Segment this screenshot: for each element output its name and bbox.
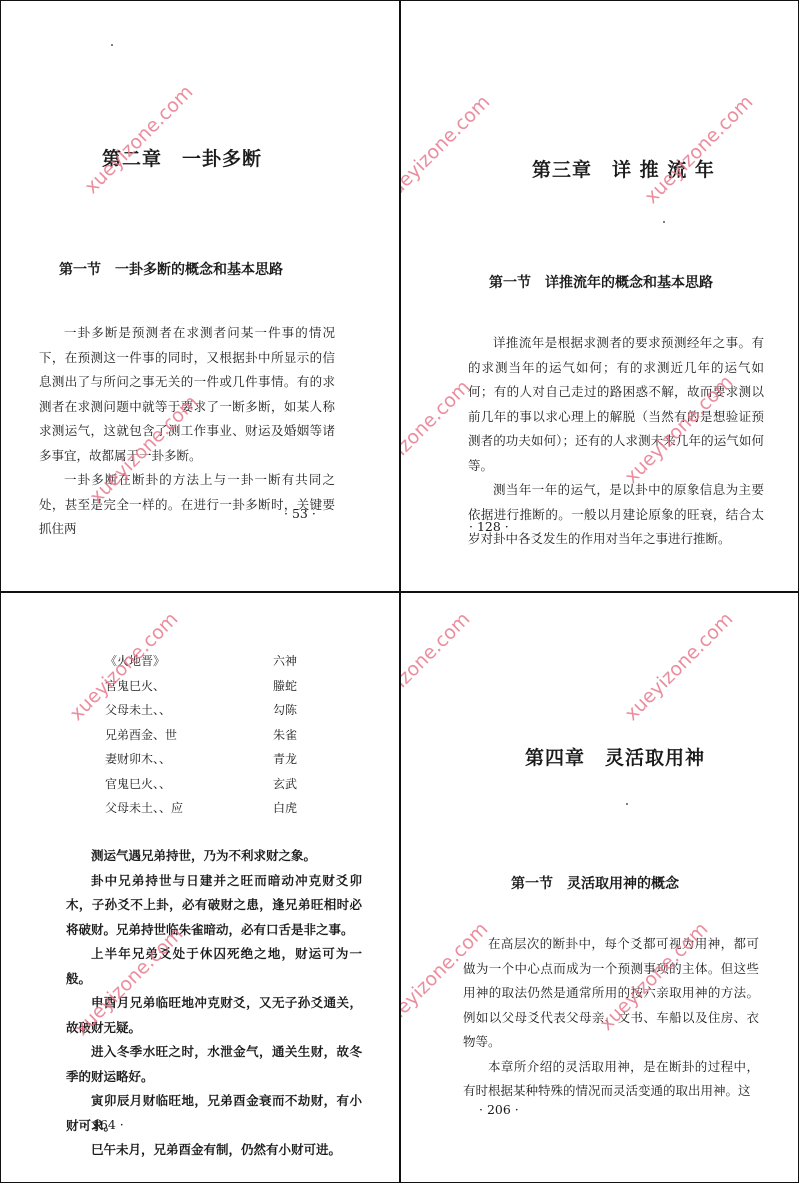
hexagram-row: 父母未土、、 勾陈: [105, 698, 345, 723]
book-page-53: 第二章 一卦多断 第一节 一卦多断的概念和基本思路 一卦多断是预测者在求测者问某…: [1, 1, 399, 591]
yao-line: 父母未土、、应: [105, 796, 273, 821]
hexagram-row: 父母未土、、应 白虎: [105, 796, 345, 821]
spirit: 青龙: [273, 747, 333, 772]
paragraph: 卦中兄弟持世与日建并之旺而暗动冲克财爻卯木，子孙爻不上卦，必有破财之患，逢兄弟旺…: [66, 869, 362, 943]
hexagram-row: 妻财卯木、、 青龙: [105, 747, 345, 772]
page-number: · 206 ·: [479, 1102, 519, 1117]
watermark: xueyizone.com: [401, 608, 474, 725]
section-title: 第一节 详推流年的概念和基本思路: [489, 272, 713, 292]
scan-speck: [663, 221, 665, 223]
paragraph: 一卦多断在断卦的方法上与一卦一断有共同之处，甚至是完全一样的。在进行一卦多断时，…: [39, 468, 335, 542]
book-page-128: 第三章 详 推 流 年 第一节 详推流年的概念和基本思路 详推流年是根据求测者的…: [401, 1, 798, 591]
scan-speck: [626, 803, 628, 805]
watermark: xueyizone.com: [620, 608, 737, 725]
page-number: · 164 ·: [84, 1117, 124, 1132]
yao-line: 官鬼巳火、: [105, 674, 273, 699]
watermark: xueyizone.com: [401, 91, 494, 208]
yao-line: 兄弟酉金、世: [105, 723, 273, 748]
yao-line: 父母未土、、: [105, 698, 273, 723]
hexagram-table: 《火地晋》 六神 官鬼巳火、 螣蛇 父母未土、、 勾陈 兄弟酉金、世 朱雀 妻财…: [105, 649, 345, 821]
page-number: · 53 ·: [284, 506, 316, 521]
paragraph: 本章所介绍的灵活取用神，是在断卦的过程中，有时根据某种特殊的情况而灵活变通的取出…: [463, 1055, 759, 1104]
spirit: 白虎: [273, 796, 333, 821]
watermark: xueyizone.com: [640, 91, 757, 208]
section-title: 第一节 一卦多断的概念和基本思路: [59, 259, 283, 279]
hexagram-row: 兄弟酉金、世 朱雀: [105, 723, 345, 748]
chapter-title: 第四章 灵活取用神: [525, 743, 705, 770]
watermark: xueyizone.com: [401, 376, 474, 493]
yao-line: 妻财卯木、、: [105, 747, 273, 772]
book-page-206: 第四章 灵活取用神 第一节 灵活取用神的概念 在高层次的断卦中，每个爻都可视为用…: [401, 593, 798, 1182]
scan-speck: [111, 44, 113, 46]
paragraph: 测当年一年的运气，是以卦中的原象信息为主要依据进行推断的。一般以月建论原象的旺衰…: [468, 478, 764, 552]
book-page-164: 《火地晋》 六神 官鬼巳火、 螣蛇 父母未土、、 勾陈 兄弟酉金、世 朱雀 妻财…: [1, 593, 399, 1182]
spirit: 勾陈: [273, 698, 333, 723]
paragraph: 巳午未月，兄弟酉金有制，仍然有小财可进。: [66, 1138, 362, 1163]
paragraph: 详推流年是根据求测者的要求预测经年之事。有的求测当年的运气如何；有的求测近几年的…: [468, 331, 764, 478]
spirit: 玄武: [273, 772, 333, 797]
paragraph: 测运气遇兄弟持世，乃为不利求财之象。: [66, 844, 362, 869]
paragraph: 进入冬季水旺之时，水泄金气，通关生财，故冬季的财运略好。: [66, 1040, 362, 1089]
hexagram-row: 官鬼巳火、 螣蛇: [105, 674, 345, 699]
page-number: · 128 ·: [469, 519, 509, 534]
body-text: 详推流年是根据求测者的要求预测经年之事。有的求测当年的运气如何；有的求测近几年的…: [468, 331, 764, 552]
six-spirits-header: 六神: [273, 649, 333, 674]
paragraph: 在高层次的断卦中，每个爻都可视为用神，都可做为一个中心点而成为一个预测事项的主体…: [463, 932, 759, 1055]
yao-line: 官鬼巳火、、: [105, 772, 273, 797]
spirit: 螣蛇: [273, 674, 333, 699]
section-title: 第一节 灵活取用神的概念: [511, 873, 679, 893]
hexagram-row: 官鬼巳火、、 玄武: [105, 772, 345, 797]
spirit: 朱雀: [273, 723, 333, 748]
watermark: xueyizone.com: [80, 81, 197, 198]
